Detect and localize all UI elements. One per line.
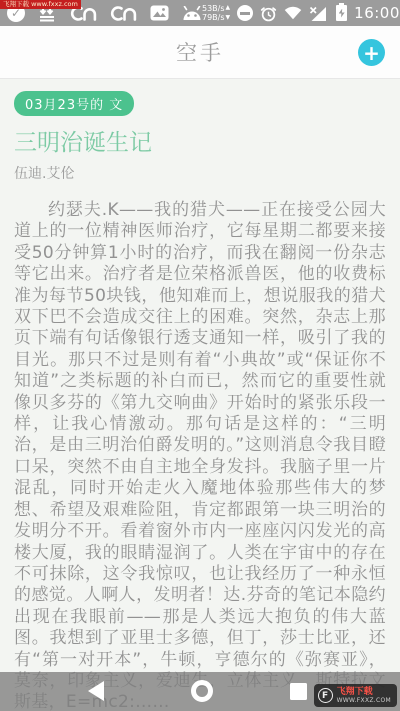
article-title: 三明治诞生记 <box>14 124 386 157</box>
status-bar-right: 53B/s ▲ 79B/s ▼ 16:0 <box>202 4 400 23</box>
ca-app-icon-2 <box>110 4 137 22</box>
phone-screen: 53B/s ▲ 79B/s ▼ 16:0 <box>0 0 400 711</box>
article-author: 伍迪.艾伦 <box>14 163 386 183</box>
add-button[interactable]: + <box>358 39 385 66</box>
watermark-site-url: WWW.FXXZ.COM <box>337 697 391 704</box>
recents-icon[interactable] <box>290 683 307 700</box>
home-icon[interactable] <box>191 680 213 702</box>
top-left-watermark: 飞翔下载 www.fxxz.com <box>0 0 81 9</box>
photo-icon <box>150 5 169 21</box>
up-arrow-icon: ▲ <box>226 5 231 11</box>
battery-icon <box>336 5 347 21</box>
clock-time: 16:00 <box>354 4 400 22</box>
watermark-logo-icon: F <box>318 688 333 703</box>
plus-icon: + <box>363 43 380 63</box>
download-speed: 79B/s <box>202 13 225 23</box>
back-icon[interactable] <box>88 681 104 701</box>
do-not-disturb-icon <box>237 5 253 21</box>
network-speed-indicator: 53B/s ▲ 79B/s ▼ <box>202 4 230 23</box>
article-card[interactable]: 03月23号的 文 三明治诞生记 伍迪.艾伦 约瑟夫.K——我的猎犬——正在接受… <box>0 79 400 711</box>
date-tag-badge: 03月23号的 文 <box>14 91 134 116</box>
app-header: 空手 + <box>0 26 400 79</box>
page-title: 空手 <box>176 37 224 67</box>
article-body-text: 约瑟夫.K——我的猎犬——正在接受公园大道上的一位精神医师治疗，它每星期二都要来… <box>14 200 386 711</box>
watermark-site-name: 飞翔下载 <box>337 687 391 697</box>
cellular-signal-no-sim-icon <box>309 6 327 21</box>
upload-speed: 53B/s <box>202 4 225 14</box>
down-arrow-icon: ▼ <box>226 15 231 21</box>
bottom-right-watermark: F 飞翔下载 WWW.FXXZ.COM <box>314 684 397 707</box>
android-robot-icon <box>182 6 202 21</box>
wifi-icon <box>284 6 302 20</box>
alarm-clock-icon <box>260 5 277 22</box>
